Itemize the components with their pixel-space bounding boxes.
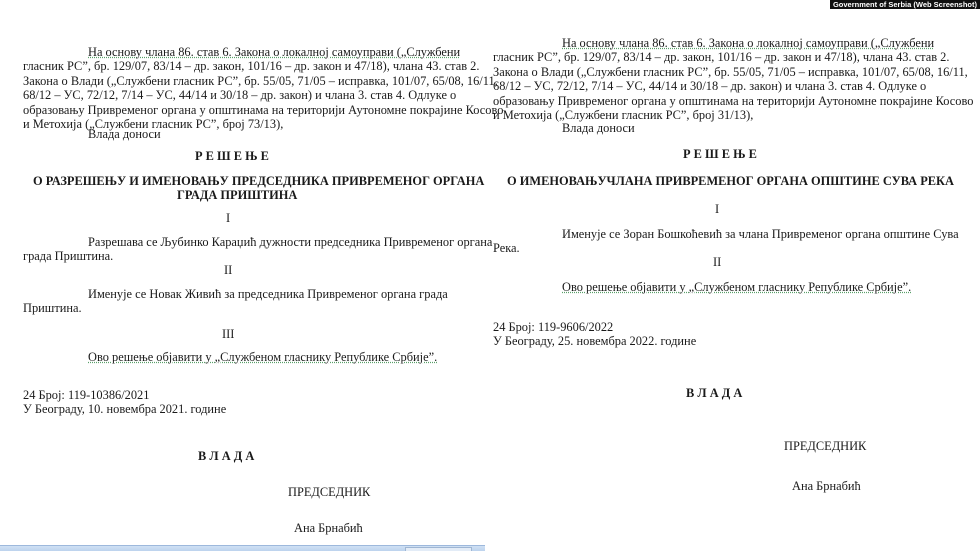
decision-title: О ИМЕНОВАЊУЧЛАНА ПРИВРЕМЕНОГ ОРГАНА ОПШТ… [507,174,954,189]
enacting-clause: Влада доноси [562,121,635,136]
decision-heading: Р Е Ш Е Њ Е [683,147,757,162]
document-number: 24 Број: 119-10386/2021 [23,388,149,403]
preamble-line: 68/12 – УС, 72/12, 7/14 – УС, 44/14 и 30… [23,88,456,103]
decision-title-line2: ГРАДА ПРИШТИНА [177,188,297,203]
preamble-line: гласник РС”, бр. 129/07, 83/14 – др. зак… [23,59,479,74]
decision-title: О РАЗРЕШЕЊУ И ИМЕНОВАЊУ ПРЕДСЕДНИКА ПРИВ… [33,174,484,189]
preamble-line: Закона о Влади („Службени гласник РС”, б… [493,65,968,80]
signatory-title: ПРЕДСЕДНИК [784,439,866,454]
section-text: Именује се Новак Живић за председника Пр… [88,287,448,302]
word-status-bar [0,545,485,551]
place-date: У Београду, 25. новембра 2022. године [493,334,696,349]
preamble-line: образовању Привременог органа у општинам… [493,94,973,109]
signatory-body: В Л А Д А [686,386,742,401]
section-numeral: II [224,263,232,278]
preamble-line: образовању Привременог органа у општинам… [23,103,503,118]
preamble-line: гласник РС”, бр. 129/07, 83/14 – др. зак… [493,50,949,65]
section-numeral: I [715,202,719,217]
preamble-line: 68/12 – УС, 72/12, 7/14 – УС, 44/14 и 30… [493,79,926,94]
preamble-line: На основу члана 86. став 6. Закона о лок… [562,36,934,51]
preamble-line: На основу члана 86. став 6. Закона о лок… [88,45,460,60]
section-numeral: I [226,211,230,226]
section-numeral: II [713,255,721,270]
view-buttons[interactable] [405,547,472,551]
signatory-name: Ана Брнабић [294,521,363,536]
section-text: Приштина. [23,301,82,316]
section-text: Именује се Зоран Бошкоћевић за члана При… [562,227,959,242]
section-text: Разрешава се Љубинко Караџић дужности пр… [88,235,492,250]
preamble-line: Закона о Влади („Службени гласник РС”, б… [23,74,498,89]
signatory-body: В Л А Д А [198,449,254,464]
place-date: У Београду, 10. новембра 2021. године [23,402,226,417]
document-number: 24 Број: 119-9606/2022 [493,320,613,335]
signatory-name: Ана Брнабић [792,479,861,494]
signatory-title: ПРЕДСЕДНИК [288,485,370,500]
section-text: Река. [493,241,520,256]
enacting-clause: Влада доноси [88,127,161,142]
section-text: града Приштина. [23,249,113,264]
section-numeral: III [222,327,234,342]
image-credit: Government of Serbia (Web Screenshot) [830,0,980,9]
decision-heading: Р Е Ш Е Њ Е [195,149,269,164]
section-text: Ово решење објавити у „Службеном гласник… [88,350,437,365]
section-text: Ово решење објавити у „Службеном гласник… [562,280,911,295]
